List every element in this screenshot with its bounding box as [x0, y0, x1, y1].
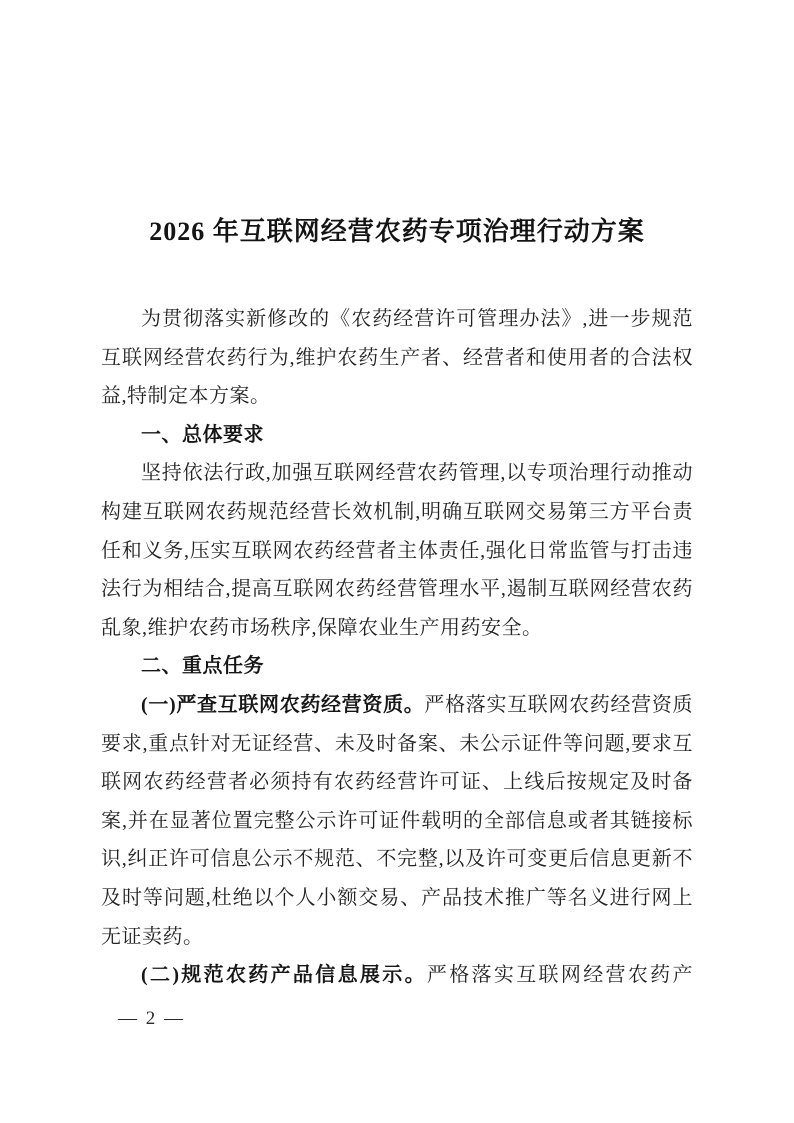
task-1-text: 严格落实互联网农药经营资质要求,重点针对无证经营、未及时备案、未公示证件等问题,…	[101, 694, 693, 948]
task-2-text: 严格落实互联网经营农药产	[427, 964, 693, 986]
overall-requirements-paragraph: 坚持依法行政,加强互联网经营农药管理,以专项治理行动推动构建互联网农药规范经营长…	[101, 454, 693, 647]
document-page: 2026 年互联网经营农药专项治理行动方案 为贯彻落实新修改的《农药经营许可管理…	[0, 0, 794, 1123]
section-heading-overall-requirements: 一、总体要求	[101, 416, 693, 455]
task-1-lead: (一)严查互联网农药经营资质。	[141, 694, 424, 716]
task-2-lead: (二)规范农药产品信息展示。	[141, 964, 427, 986]
page-number: — 2 —	[118, 1006, 185, 1032]
intro-paragraph: 为贯彻落实新修改的《农药经营许可管理办法》,进一步规范互联网经营农药行为,维护农…	[101, 300, 693, 416]
task-paragraph-1: (一)严查互联网农药经营资质。严格落实互联网农药经营资质要求,重点针对无证经营、…	[101, 686, 693, 956]
document-title: 2026 年互联网经营农药专项治理行动方案	[101, 212, 693, 252]
section-heading-key-tasks: 二、重点任务	[101, 647, 693, 686]
task-paragraph-2: (二)规范农药产品信息展示。严格落实互联网经营农药产	[101, 956, 693, 995]
